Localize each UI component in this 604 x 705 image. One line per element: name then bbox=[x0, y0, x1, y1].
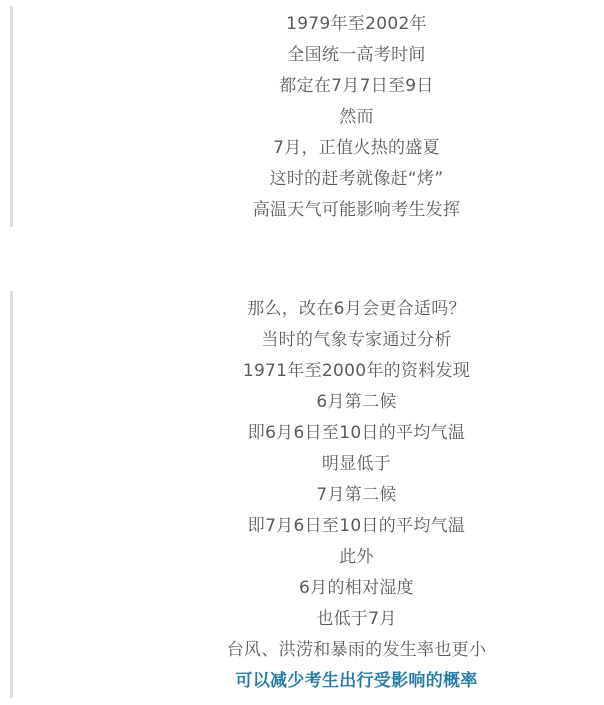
text-line: 6月的相对湿度 bbox=[13, 573, 604, 604]
text-line: 6月第二候 bbox=[13, 387, 604, 418]
quote-block-exam-history: 1979年至2002年 全国统一高考时间 都定在7月7日至9日 然而 7月，正值… bbox=[10, 6, 604, 227]
text-line: 当时的气象专家通过分析 bbox=[13, 325, 604, 356]
text-line: 此外 bbox=[13, 542, 604, 573]
text-line: 然而 bbox=[13, 102, 604, 133]
text-line: 即7月6日至10日的平均气温 bbox=[13, 511, 604, 542]
text-line: 也低于7月 bbox=[13, 604, 604, 635]
text-line: 明显低于 bbox=[13, 449, 604, 480]
text-line: 台风、洪涝和暴雨的发生率也更小 bbox=[13, 635, 604, 666]
text-line: 都定在7月7日至9日 bbox=[13, 71, 604, 102]
text-line: 7月第二候 bbox=[13, 480, 604, 511]
text-line: 7月，正值火热的盛夏 bbox=[13, 133, 604, 164]
text-line: 高温天气可能影响考生发挥 bbox=[13, 195, 604, 226]
text-line: 这时的赶考就像赶“烤” bbox=[13, 164, 604, 195]
quote-block-june-analysis: 那么，改在6月会更合适吗？ 当时的气象专家通过分析 1971年至2000年的资料… bbox=[10, 291, 604, 698]
emphasis-text-line: 可以减少考生出行受影响的概率 bbox=[13, 666, 604, 697]
text-line: 全国统一高考时间 bbox=[13, 40, 604, 71]
text-line: 那么，改在6月会更合适吗？ bbox=[13, 294, 604, 325]
text-line: 1979年至2002年 bbox=[13, 9, 604, 40]
text-line: 1971年至2000年的资料发现 bbox=[13, 356, 604, 387]
text-line: 即6月6日至10日的平均气温 bbox=[13, 418, 604, 449]
